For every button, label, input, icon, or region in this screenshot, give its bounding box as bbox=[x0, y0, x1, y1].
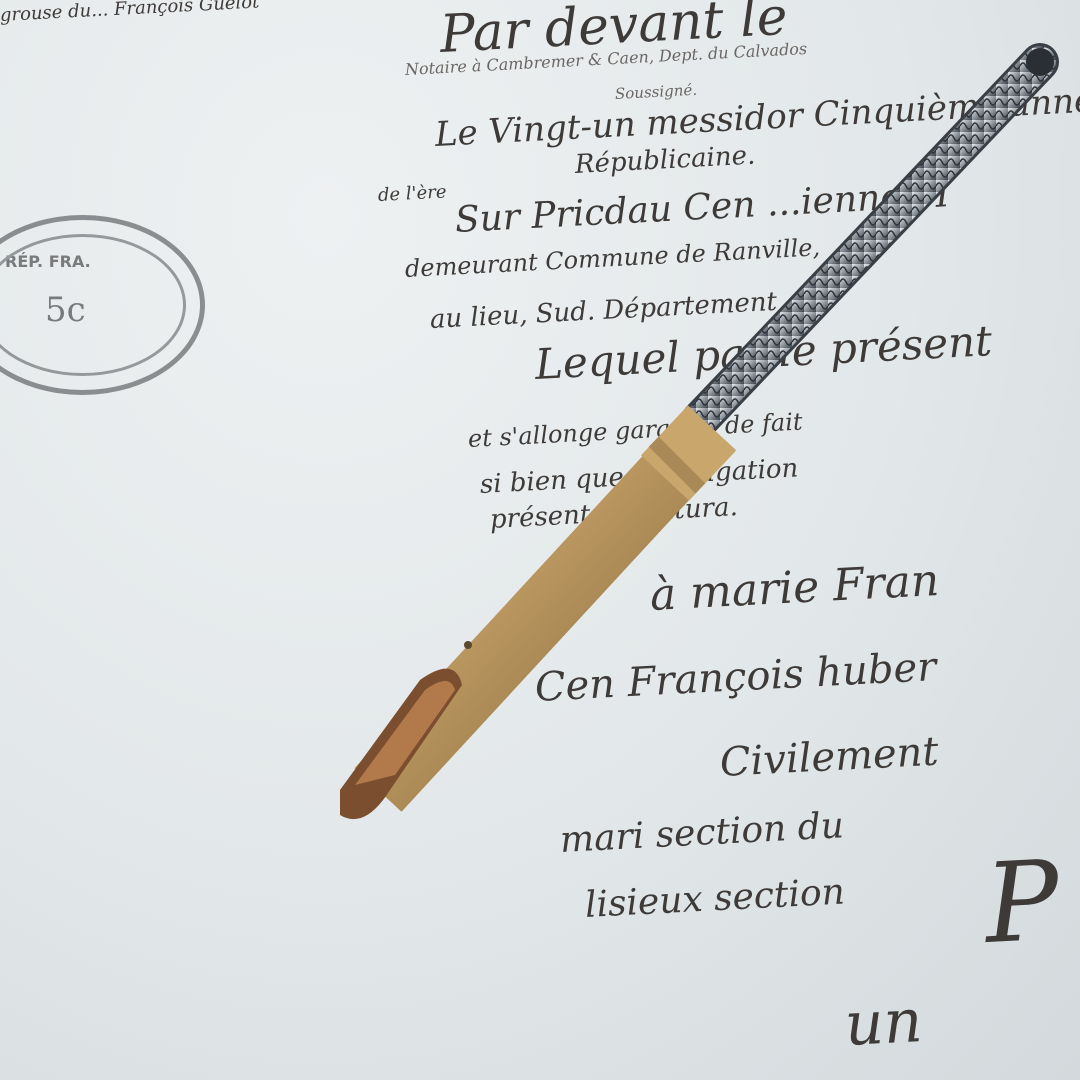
handwritten-line: P bbox=[982, 836, 1063, 968]
document-paper bbox=[0, 0, 1080, 1080]
stamp-number: 5c bbox=[45, 290, 86, 330]
handwritten-line: de l'ère bbox=[377, 181, 447, 206]
stamp-text: RÉP. FRA. bbox=[5, 252, 91, 271]
handwritten-line: un bbox=[843, 986, 924, 1060]
